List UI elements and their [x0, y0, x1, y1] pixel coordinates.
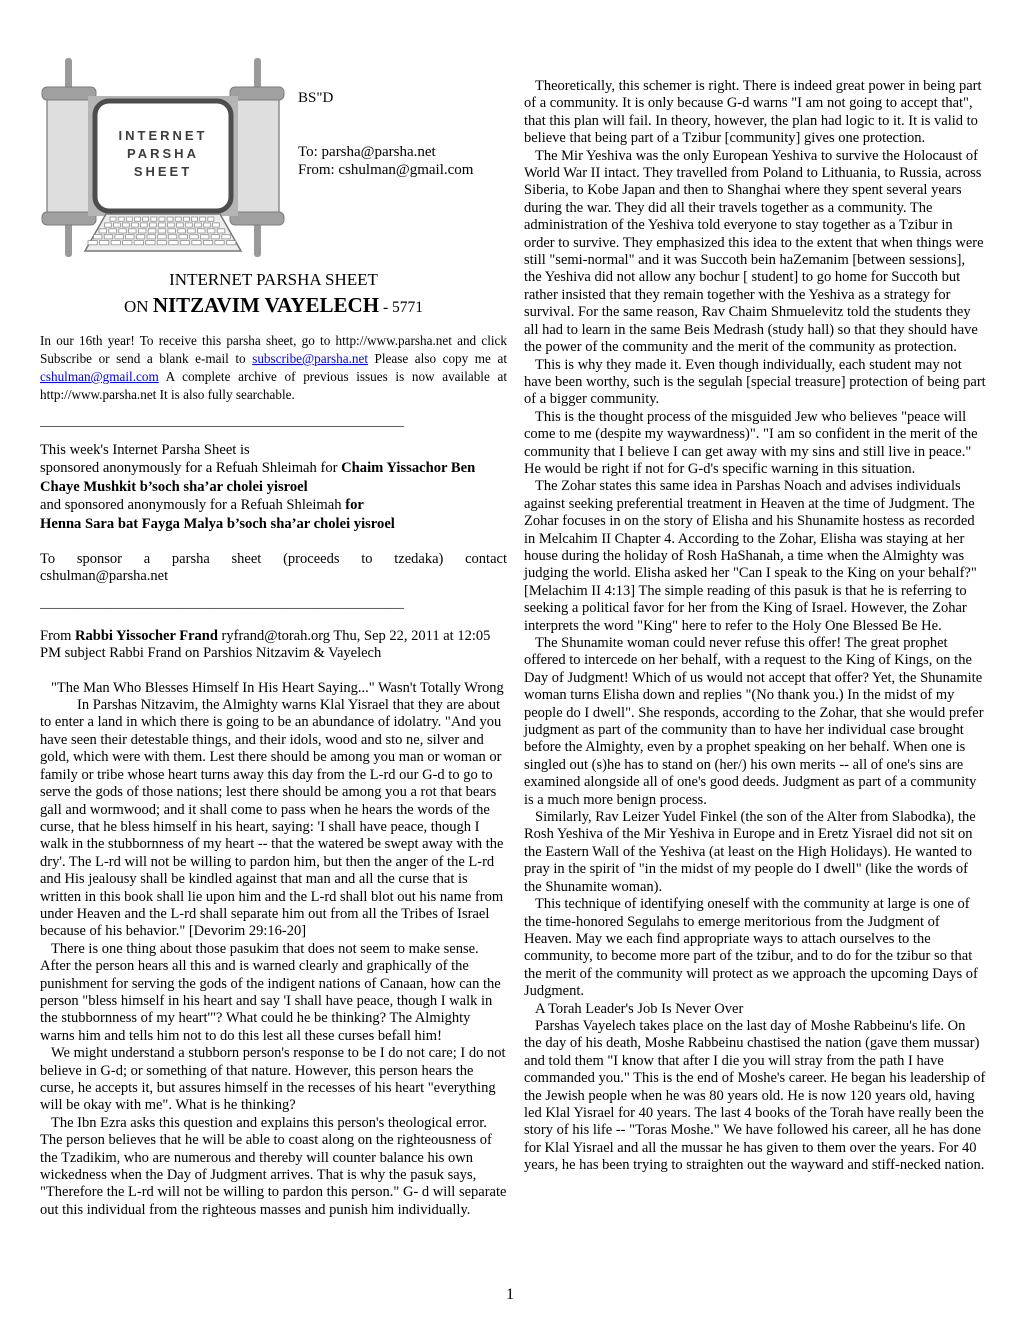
title-year: - 5771 — [379, 299, 423, 316]
paragraph: There is one thing about those pasukim t… — [40, 941, 507, 1045]
text-segment: This is why they made it. Even though in… — [524, 357, 986, 408]
text-segment: A Torah Leader's Job Is Never Over — [535, 1001, 743, 1017]
title-line2: ON NITZAVIM VAYELECH - 5771 — [40, 293, 507, 318]
text-segment: for — [345, 497, 364, 513]
torah-scroll-computer-logo: INTERNET PARSHA SHEET — [38, 54, 288, 262]
text-segment: In Parshas Nitzavim, the Almighty warns … — [40, 697, 503, 939]
text-segment: cshulman@parsha.net — [40, 568, 168, 584]
paragraph: A Torah Leader's Job Is Never Over — [524, 1001, 986, 1018]
page-number: 1 — [0, 1286, 1020, 1304]
paragraph: This is why they made it. Even though in… — [524, 357, 986, 409]
text-segment: ________________________________________… — [40, 413, 404, 428]
paragraph: The Zohar states this same idea in Parsh… — [524, 478, 986, 635]
paragraph: From Rabbi Yissocher Frand ryfrand@torah… — [40, 628, 507, 663]
to-from-block: To: parsha@parsha.net From: cshulman@gma… — [298, 143, 508, 179]
text-segment: Theoretically, this schemer is right. Th… — [524, 78, 982, 146]
text-segment: To sponsor a parsha sheet (proceeds to t… — [40, 551, 507, 567]
text-segment: Parshas Vayelech takes place on the last… — [524, 1018, 985, 1173]
from-line: From: cshulman@gmail.com — [298, 161, 508, 179]
logo-text-line2: PARSHA — [127, 146, 199, 161]
document-title: INTERNET PARSHA SHEET ON NITZAVIM VAYELE… — [40, 270, 507, 318]
text-segment: ________________________________________… — [40, 595, 404, 610]
paragraph: The Shunamite woman could never refuse t… — [524, 635, 986, 809]
paragraph: This is the thought process of the misgu… — [524, 409, 986, 479]
text-segment: The Zohar states this same idea in Parsh… — [524, 478, 977, 633]
paragraph: This week's Internet Parsha Sheet is — [40, 441, 507, 459]
text-segment: The Mir Yeshiva was the only European Ye… — [524, 148, 984, 355]
separator-line: ________________________________________… — [40, 413, 507, 429]
text-segment: There is one thing about those pasukim t… — [40, 941, 501, 1044]
text-segment: This is the thought process of the misgu… — [524, 409, 978, 477]
paragraph: "The Man Who Blesses Himself In His Hear… — [40, 680, 507, 697]
text-segment: sponsored anonymously for a Refuah Shlei… — [40, 460, 341, 476]
masthead: INTERNET PARSHA SHEET BS"D To: parsha@pa… — [40, 54, 507, 262]
document-page: INTERNET PARSHA SHEET BS"D To: parsha@pa… — [0, 0, 1020, 1320]
text-segment: The Ibn Ezra asks this question and expl… — [40, 1115, 506, 1218]
paragraph: Similarly, Rav Leizer Yudel Finkel (the … — [524, 809, 986, 896]
title-on: ON — [124, 297, 153, 316]
paragraph: We might understand a stubborn person's … — [40, 1045, 507, 1115]
email-link[interactable]: subscribe@parsha.net — [252, 351, 368, 366]
to-line: To: parsha@parsha.net — [298, 143, 508, 161]
paragraph: sponsored anonymously for a Refuah Shlei… — [40, 459, 507, 496]
paragraph: Henna Sara bat Fayga Malya b’soch sha’ar… — [40, 515, 507, 533]
text-segment: Please also copy me at — [368, 351, 507, 366]
paragraph: This technique of identifying oneself wi… — [524, 896, 986, 1000]
text-segment: This technique of identifying oneself wi… — [524, 896, 978, 999]
paragraph: The Ibn Ezra asks this question and expl… — [40, 1115, 507, 1219]
right-column-text: Theoretically, this schemer is right. Th… — [524, 78, 986, 1175]
text-segment: This week's Internet Parsha Sheet is — [40, 442, 250, 458]
text-segment: The Shunamite woman could never refuse t… — [524, 635, 984, 808]
logo-text-line1: INTERNET — [119, 128, 208, 143]
email-link[interactable]: cshulman@gmail.com — [40, 369, 159, 384]
right-column: Theoretically, this schemer is right. Th… — [524, 78, 986, 1175]
text-segment: Similarly, Rav Leizer Yudel Finkel (the … — [524, 809, 976, 895]
left-column: INTERNET PARSHA SHEET BS"D To: parsha@pa… — [40, 54, 507, 1219]
paragraph: To sponsor a parsha sheet (proceeds to t… — [40, 551, 507, 568]
text-segment: Rabbi Yissocher Frand — [75, 628, 218, 644]
bsd-text: BS"D — [298, 90, 508, 107]
paragraph: cshulman@parsha.net — [40, 568, 507, 585]
text-segment: From — [40, 628, 75, 644]
text-segment: Henna Sara bat Fayga Malya b’soch sha’ar… — [40, 516, 395, 532]
text-segment: We might understand a stubborn person's … — [40, 1045, 505, 1113]
title-line1: INTERNET PARSHA SHEET — [40, 270, 507, 290]
paragraph: and sponsored anonymously for a Refuah S… — [40, 496, 507, 514]
title-parsha-name: NITZAVIM VAYELECH — [153, 293, 379, 317]
paragraph: Theoretically, this schemer is right. Th… — [524, 78, 986, 148]
left-column-text: In our 16th year! To receive this parsha… — [40, 332, 507, 1219]
paragraph: The Mir Yeshiva was the only European Ye… — [524, 148, 986, 357]
logo-text-line3: SHEET — [134, 164, 192, 179]
separator-line: ________________________________________… — [40, 595, 507, 611]
paragraph: In our 16th year! To receive this parsha… — [40, 332, 507, 404]
paragraph: In Parshas Nitzavim, the Almighty warns … — [40, 697, 507, 941]
paragraph: Parshas Vayelech takes place on the last… — [524, 1018, 986, 1175]
masthead-right: BS"D To: parsha@parsha.net From: cshulma… — [298, 54, 508, 179]
text-segment: and sponsored anonymously for a Refuah S… — [40, 497, 345, 513]
text-segment: "The Man Who Blesses Himself In His Hear… — [51, 680, 504, 696]
